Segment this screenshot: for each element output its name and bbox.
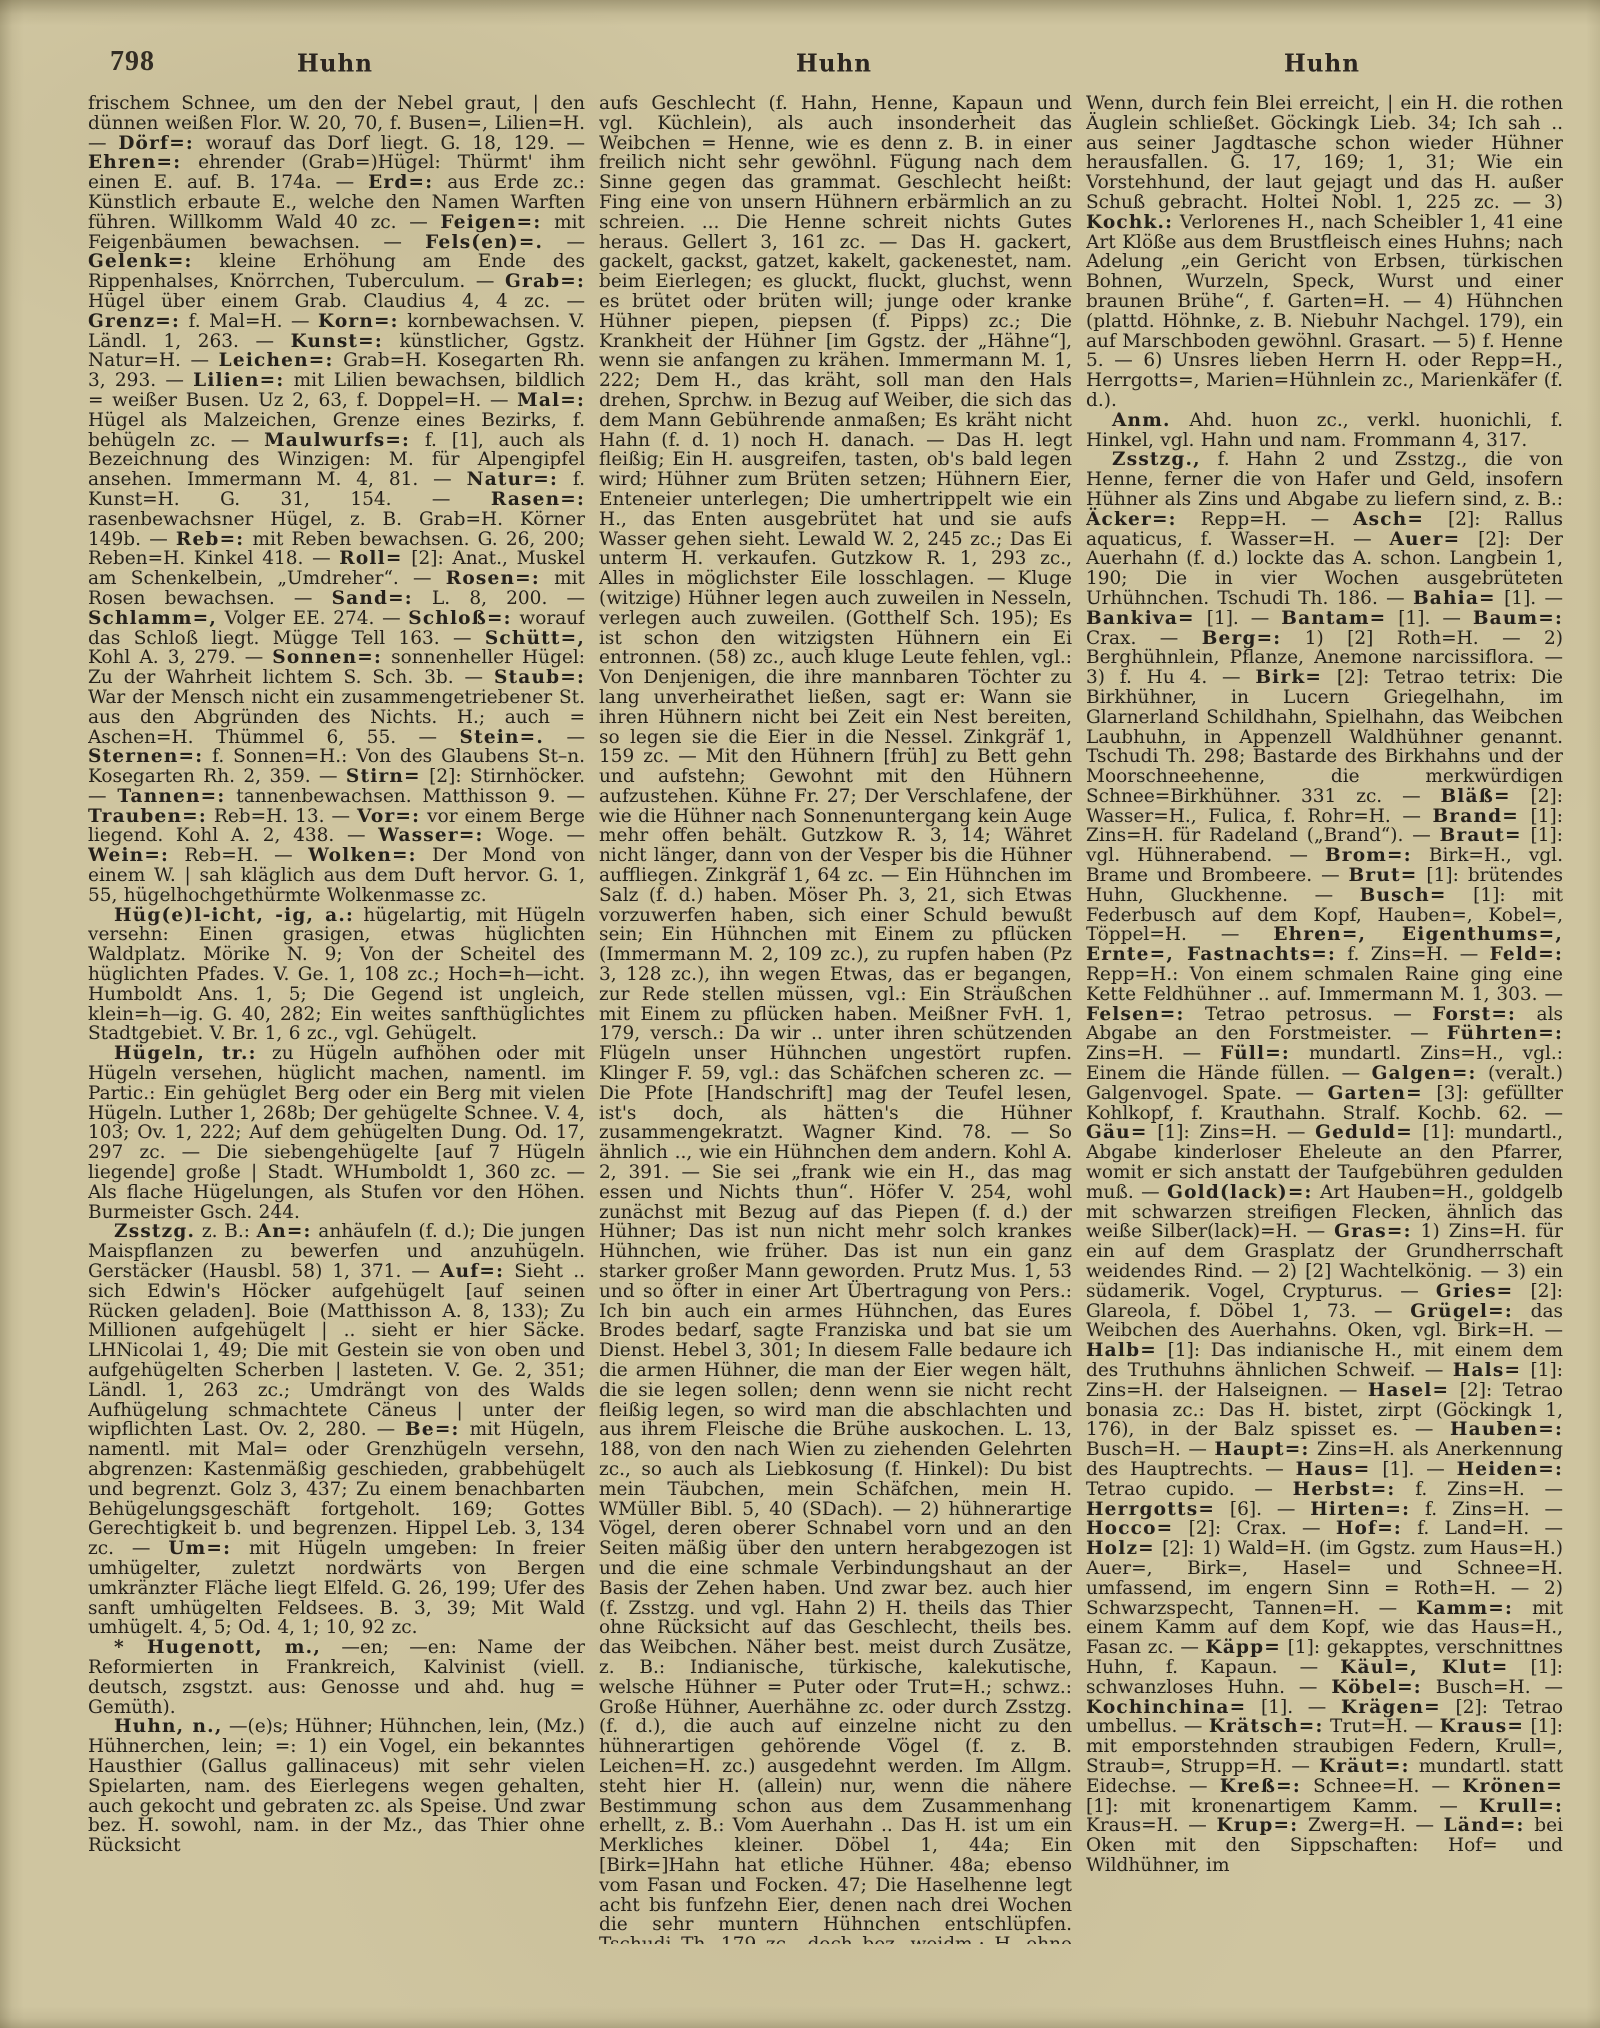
entry-headword: * Hugenott, m., bbox=[114, 1637, 321, 1658]
text-column-1: frischem Schnee, um den der Nebel graut,… bbox=[88, 94, 585, 1944]
body-text: Woge. — bbox=[484, 825, 585, 846]
entry-headword: Vor=: bbox=[357, 806, 420, 827]
entry-headword: Herrgotts= bbox=[1086, 1499, 1215, 1520]
entry-headword: Berg=: bbox=[1202, 628, 1282, 649]
entry-headword: Schlamm=, bbox=[88, 608, 217, 629]
entry-headword: Ehren=: bbox=[88, 152, 181, 173]
entry-headword: Kochk.: bbox=[1086, 212, 1173, 233]
entry-headword: Kräut=: bbox=[1319, 1756, 1410, 1777]
body-text: Zwerg=H. — bbox=[1298, 1815, 1443, 1836]
entry-headword: Krull=: bbox=[1479, 1796, 1563, 1817]
entry-headword: Anm. bbox=[1112, 410, 1171, 431]
body-text: Kraus=H. — bbox=[1086, 1815, 1217, 1836]
entry-headword: Erd=: bbox=[368, 172, 433, 193]
entry-headword: Rosen=: bbox=[446, 568, 540, 589]
body-text: Busch=H. — bbox=[1422, 1677, 1563, 1698]
entry-headword: Garten= bbox=[1328, 1083, 1423, 1104]
body-text: f. Zins=H. — bbox=[1410, 1499, 1563, 1520]
entry-headword: Roll= bbox=[339, 548, 402, 569]
entry-headword: Stirn= bbox=[346, 766, 421, 787]
body-text: —(e)s; Hühner; Hühnchen, lein, (Mz.) Hüh… bbox=[88, 1716, 585, 1856]
body-text: aufs Geschlecht (f. Hahn, Henne, Kapaun … bbox=[599, 94, 1072, 1944]
entry-headword: Zsstzg. bbox=[114, 1221, 195, 1242]
entry-headword: Länd=: bbox=[1444, 1815, 1525, 1836]
body-text: Sieht .. sich Edwin's Höcker aufgehügelt… bbox=[88, 1261, 585, 1440]
entry-headword: Hocco= bbox=[1086, 1518, 1173, 1539]
entry-headword: Be=: bbox=[405, 1419, 460, 1440]
entry-headword: Feld=: bbox=[1490, 944, 1563, 965]
running-head-column-2: Huhn bbox=[734, 49, 934, 77]
entry-headword: Fels(en)=. bbox=[425, 232, 543, 253]
text-column-2: aufs Geschlecht (f. Hahn, Henne, Kapaun … bbox=[599, 94, 1072, 1944]
body-text: Trut=H. — bbox=[1324, 1716, 1440, 1737]
entry-headword: Rasen=: bbox=[491, 489, 585, 510]
entry-headword: Holz= bbox=[1086, 1538, 1155, 1559]
entry-headword: Braut= bbox=[1440, 825, 1522, 846]
body-text: — bbox=[544, 727, 585, 748]
entry-headword: Füll=: bbox=[1220, 1043, 1290, 1064]
body-text: Wenn, durch fein Blei erreicht, | ein H.… bbox=[1086, 94, 1563, 213]
entry-headword: Käpp= bbox=[1206, 1637, 1281, 1658]
body-text: f. Mal=H. — bbox=[180, 311, 318, 332]
paragraph: aufs Geschlecht (f. Hahn, Henne, Kapaun … bbox=[599, 94, 1072, 1944]
entry-headword: Krup=: bbox=[1217, 1815, 1299, 1836]
book-page: 798 Huhn Huhn Huhn frischem Schnee, um d… bbox=[0, 0, 1600, 2028]
entry-headword: Schloß=: bbox=[408, 608, 511, 629]
entry-headword: Asch= bbox=[1353, 509, 1424, 530]
entry-headword: Bankiva= bbox=[1086, 608, 1195, 629]
entry-headword: Wasser=: bbox=[378, 825, 483, 846]
entry-headword: Krätsch=: bbox=[1209, 1716, 1324, 1737]
entry-headword: Brut= bbox=[1349, 865, 1418, 886]
entry-headword: Zsstzg., bbox=[1112, 449, 1201, 470]
entry-headword: Baum=: bbox=[1473, 608, 1563, 629]
paragraph: Huhn, n., —(e)s; Hühner; Hühnchen, lein,… bbox=[88, 1717, 585, 1856]
entry-headword: Felsen=: bbox=[1086, 1004, 1185, 1025]
entry-headword: Trauben=: bbox=[88, 806, 207, 827]
entry-headword: Birk= bbox=[1255, 667, 1322, 688]
entry-headword: Leichen=: bbox=[219, 350, 334, 371]
body-text: [1]. — bbox=[1386, 608, 1472, 629]
entry-headword: Brand= bbox=[1432, 806, 1518, 827]
body-text: Schnee=H. — bbox=[1301, 1776, 1462, 1797]
entry-headword: Gold(lack)=: bbox=[1167, 1182, 1312, 1203]
entry-headword: Hof=: bbox=[1336, 1518, 1402, 1539]
body-text: [6]. — bbox=[1215, 1499, 1310, 1520]
entry-headword: Huhn, n., bbox=[114, 1716, 222, 1737]
body-text: f. Land=H. — bbox=[1402, 1518, 1563, 1539]
entry-headword: Köbel=: bbox=[1331, 1677, 1421, 1698]
body-text: Tetrao cupido. — bbox=[1086, 1479, 1293, 1500]
entry-headword: Mal=: bbox=[517, 390, 585, 411]
entry-headword: Äcker=: bbox=[1086, 509, 1177, 530]
body-text: f. Zins=H. — bbox=[1336, 944, 1490, 965]
entry-headword: Kunst=: bbox=[291, 331, 383, 352]
entry-headword: Dörf=: bbox=[118, 133, 194, 154]
entry-headword: Tannen=: bbox=[117, 786, 225, 807]
entry-headword: Grenz=: bbox=[88, 311, 180, 332]
entry-headword: Kreß=: bbox=[1220, 1776, 1301, 1797]
body-text: hügelartig, mit Hügeln versehn: Einen gr… bbox=[88, 905, 585, 1045]
body-text: Repp=H.: Von einem schmalen Raine ging e… bbox=[1086, 964, 1563, 1005]
entry-headword: Grügel=: bbox=[1410, 1301, 1513, 1322]
entry-headword: Sand=: bbox=[332, 588, 413, 609]
entry-headword: Hals= bbox=[1453, 1360, 1521, 1381]
entry-headword: Stein=. bbox=[460, 727, 545, 748]
entry-headword: Staub=: bbox=[494, 667, 585, 688]
entry-headword: Grab=: bbox=[505, 271, 585, 292]
entry-headword: Geduld= bbox=[1315, 1122, 1413, 1143]
entry-headword: Korn=: bbox=[318, 311, 399, 332]
running-head-column-3: Huhn bbox=[1222, 49, 1422, 77]
entry-headword: Gäu= bbox=[1086, 1122, 1148, 1143]
entry-headword: Krönen= bbox=[1462, 1776, 1563, 1797]
paragraph: Zsstzg. z. B.: An=: anhäufeln (f. d.); D… bbox=[88, 1222, 585, 1638]
entry-headword: Krägen= bbox=[1341, 1697, 1441, 1718]
paragraph: Hüg(e)l-icht, -ig, a.: hügelartig, mit H… bbox=[88, 906, 585, 1045]
entry-headword: Käul=, Klut= bbox=[1340, 1657, 1508, 1678]
entry-headword: Bantam= bbox=[1281, 608, 1386, 629]
paragraph: * Hugenott, m., —en; —en: Name der Refor… bbox=[88, 1638, 585, 1717]
body-text: Repp=H. — bbox=[1177, 509, 1353, 530]
body-text: [1]. — bbox=[1195, 608, 1281, 629]
entry-headword: Sternen=: bbox=[88, 746, 203, 767]
paragraph: Zsstzg., f. Hahn 2 und Zsstzg., die von … bbox=[1086, 450, 1563, 1875]
paragraph: Hügeln, tr.: zu Hügeln aufhöhen oder mit… bbox=[88, 1044, 585, 1222]
entry-headword: Brom=: bbox=[1325, 845, 1412, 866]
body-text: [1]. — bbox=[1370, 1459, 1456, 1480]
entry-headword: Auf=: bbox=[440, 1261, 504, 1282]
body-text: [1]. — bbox=[1246, 1697, 1341, 1718]
body-text: — bbox=[543, 232, 585, 253]
entry-headword: Wein=: bbox=[88, 845, 169, 866]
entry-headword: Halb= bbox=[1086, 1340, 1157, 1361]
entry-headword: Herbst=: bbox=[1293, 1479, 1396, 1500]
body-text: Volger EE. 274. — bbox=[217, 608, 408, 629]
body-text: z. B.: bbox=[195, 1221, 256, 1242]
body-text: Reb=H. — bbox=[169, 845, 308, 866]
body-text: [1]: Zins=H. — bbox=[1148, 1122, 1316, 1143]
paragraph: Wenn, durch fein Blei erreicht, | ein H.… bbox=[1086, 94, 1563, 411]
entry-headword: Wolken=: bbox=[308, 845, 417, 866]
entry-headword: Maulwurfs=: bbox=[264, 430, 410, 451]
entry-headword: Heiden=: bbox=[1457, 1459, 1563, 1480]
entry-headword: Schütt=, bbox=[485, 628, 585, 649]
body-text: Reb=H. 13. — bbox=[207, 806, 357, 827]
entry-headword: Führten=: bbox=[1447, 1023, 1563, 1044]
entry-headword: Kraus= bbox=[1440, 1716, 1524, 1737]
body-text: worauf das Dorf liegt. G. 18, 129. — bbox=[194, 133, 585, 154]
body-text: tannenbewachsen. Matthisson 9. — bbox=[225, 786, 585, 807]
body-text: [1]. — bbox=[1496, 588, 1563, 609]
entry-headword: Kamm=: bbox=[1416, 1598, 1513, 1619]
body-text: Tetrao petrosus. — bbox=[1185, 1004, 1433, 1025]
body-text: [1]: mit kronenartigem Kamm. — bbox=[1086, 1796, 1479, 1817]
text-column-3: Wenn, durch fein Blei erreicht, | ein H.… bbox=[1086, 94, 1563, 1944]
entry-headword: Hauben=: bbox=[1450, 1419, 1563, 1440]
paragraph: frischem Schnee, um den der Nebel graut,… bbox=[88, 94, 585, 906]
body-text: zu Hügeln aufhöhen oder mit Hügeln verse… bbox=[88, 1043, 585, 1222]
entry-headword: Forst=: bbox=[1432, 1004, 1516, 1025]
body-text: L. 8, 200. — bbox=[413, 588, 585, 609]
entry-headword: Reb=: bbox=[176, 529, 244, 550]
body-text: Busch=H. — bbox=[1086, 1439, 1214, 1460]
entry-headword: Sonnen=: bbox=[272, 647, 382, 668]
entry-headword: Hirten=: bbox=[1310, 1499, 1410, 1520]
entry-headword: An=: bbox=[257, 1221, 312, 1242]
body-text: Crax. — bbox=[1086, 628, 1202, 649]
entry-headword: Hüg(e)l-icht, -ig, a.: bbox=[114, 905, 354, 926]
running-head-column-1: Huhn bbox=[235, 49, 435, 77]
body-text: Hügel über einem Grab. Claudius 4, 4 zc.… bbox=[88, 291, 585, 312]
page-number: 798 bbox=[110, 46, 155, 78]
entry-headword: Gras=: bbox=[1334, 1221, 1411, 1242]
entry-headword: Gelenk=: bbox=[88, 251, 193, 272]
entry-headword: Natur=: bbox=[467, 469, 558, 490]
entry-headword: Haus= bbox=[1296, 1459, 1371, 1480]
entry-headword: Um=: bbox=[168, 1538, 231, 1559]
body-text: [2]: Crax. — bbox=[1173, 1518, 1335, 1539]
body-text: Verlorenes H., nach Scheibler 1, 41 eine… bbox=[1086, 212, 1563, 411]
entry-headword: Lilien=: bbox=[193, 370, 284, 391]
body-text: Zins=H. — bbox=[1086, 1043, 1220, 1064]
entry-headword: Hasel= bbox=[1368, 1380, 1449, 1401]
entry-headword: Gries= bbox=[1436, 1281, 1513, 1302]
body-text: f. Zins=H. — bbox=[1395, 1479, 1563, 1500]
body-text: Kohl A. 3, 279. — bbox=[88, 647, 272, 668]
entry-headword: Busch= bbox=[1360, 885, 1447, 906]
entry-headword: Kochinchina= bbox=[1086, 1697, 1246, 1718]
entry-headword: Hügeln, tr.: bbox=[114, 1043, 257, 1064]
entry-headword: Auer= bbox=[1389, 529, 1460, 550]
entry-headword: Galgen=: bbox=[1372, 1063, 1477, 1084]
entry-headword: Haupt=: bbox=[1214, 1439, 1309, 1460]
paragraph: Anm. Ahd. huon zc., verkl. huonichli, f.… bbox=[1086, 411, 1563, 451]
entry-headword: Bläß= bbox=[1440, 786, 1510, 807]
entry-headword: Feigen=: bbox=[440, 212, 541, 233]
entry-headword: Bahia= bbox=[1413, 588, 1496, 609]
